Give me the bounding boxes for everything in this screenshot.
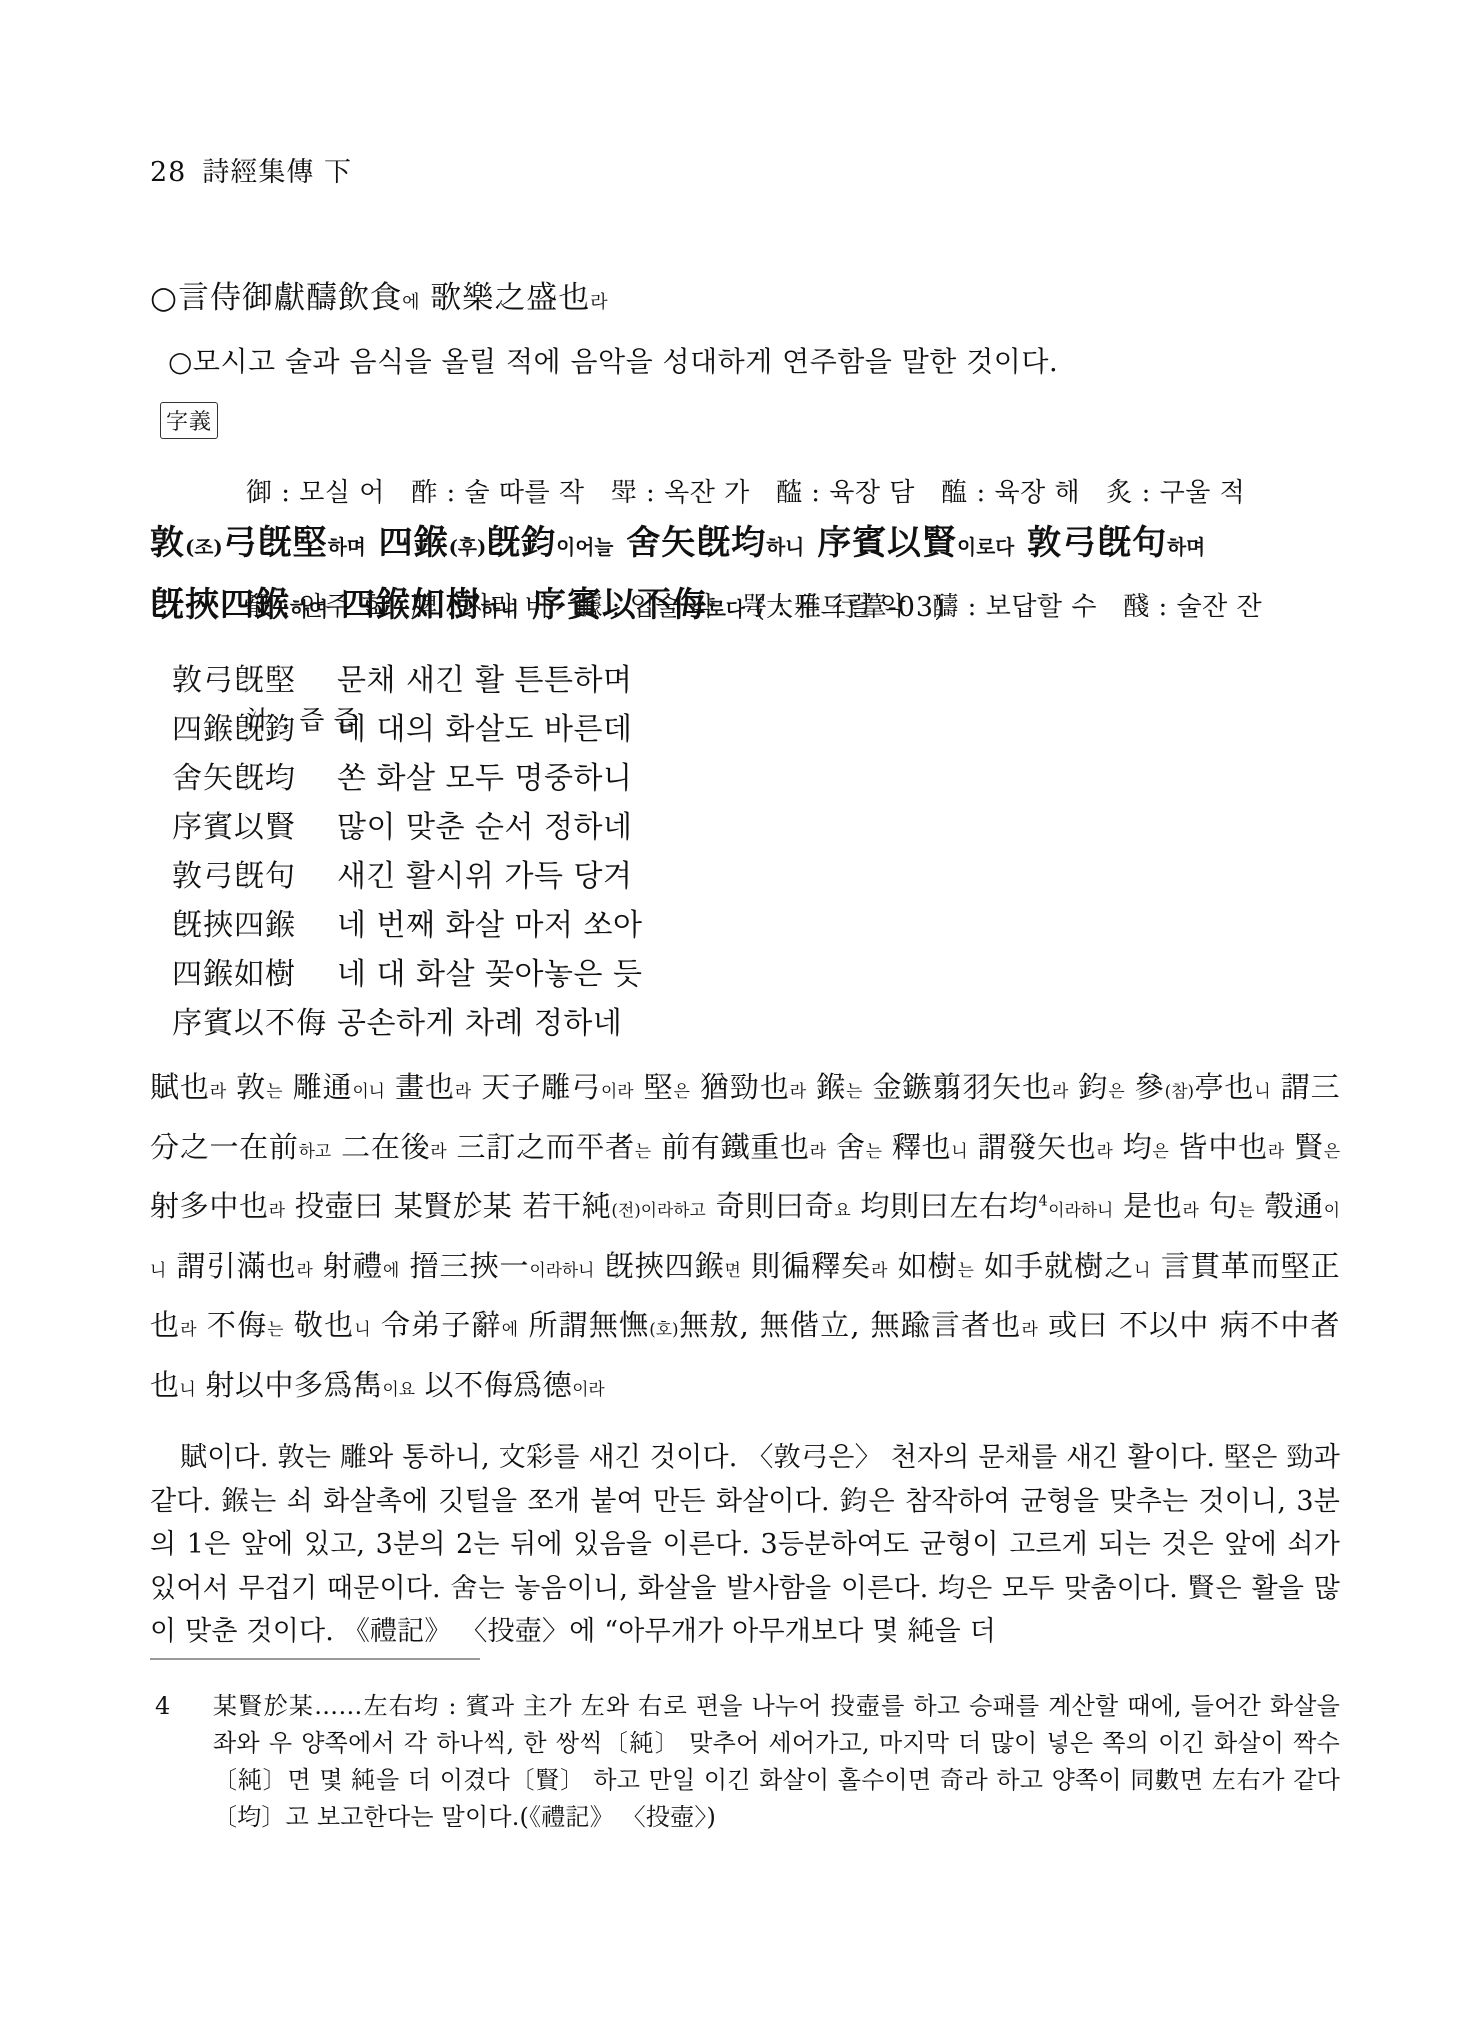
- page-number: 28: [150, 157, 186, 188]
- verse-hanja: 四鍭如樹: [172, 949, 337, 993]
- verse-block: 敦(조)弓旣堅하며 四鍭(후)旣鈞이어늘 舍矢旣均하니 序賓以賢이로다 敦弓旣句…: [150, 514, 1340, 638]
- verse-hanja: 旣挾四鍭: [172, 900, 337, 944]
- verse-row: 四鍭如樹 네 대 화살 꽂아놓은 듯: [172, 946, 1332, 995]
- verse-translation-table: 敦弓旣堅 문채 새긴 활 튼튼하며 四鍭旣鈞 네 대의 화살도 바른데 舍矢旣均…: [172, 652, 1332, 1044]
- korean-annotation-line: ○모시고 술과 음식을 올릴 적에 음악을 성대하게 연주함을 말한 것이다.: [168, 340, 1340, 380]
- verse-korean: 많이 맞춘 순서 정하네: [337, 802, 1332, 846]
- verse-hanja: 序賓以賢: [172, 802, 337, 846]
- verse-hanmun-line-1: 敦(조)弓旣堅하며 四鍭(후)旣鈞이어늘 舍矢旣均하니 序賓以賢이로다 敦弓旣句…: [150, 514, 1340, 576]
- page-header: 28詩經集傳 下: [150, 150, 1340, 189]
- verse-row: 旣挾四鍭 네 번째 화살 마저 쏘아: [172, 897, 1332, 946]
- verse-korean: 공손하게 차례 정하네: [337, 998, 1332, 1042]
- hanmun-annotation-line: ○言侍御獻醻飲食에 歌樂之盛也라: [150, 272, 1340, 317]
- korean-translation-paragraph: 賦이다. 敦는 雕와 통하니, 文彩를 새긴 것이다. 〈敦弓은〉 천자의 문채…: [150, 1436, 1340, 1654]
- verse-hanja: 序賓以不侮: [172, 998, 337, 1042]
- verse-row: 舍矢旣均 쏜 화살 모두 명중하니: [172, 750, 1332, 799]
- verse-hanja: 敦弓旣句: [172, 851, 337, 895]
- verse-korean: 네 대 화살 꽂아놓은 듯: [337, 949, 1332, 993]
- verse-hanmun-line-2: 旣挾四鍭하여 四鍭如樹하니 序賓以不侮로다 (大雅 行葦-03): [150, 576, 1340, 638]
- verse-row: 序賓以不侮 공손하게 차례 정하네: [172, 995, 1332, 1044]
- footnote: 4 某賢於某……左右均 : 賓과 主가 左와 右로 편을 나누어 投壺를 하고 …: [155, 1688, 1340, 1836]
- verse-row: 敦弓旣句 새긴 활시위 가득 당겨: [172, 848, 1332, 897]
- book-title: 詩經集傳 下: [202, 157, 352, 188]
- verse-korean: 네 번째 화살 마저 쏘아: [337, 900, 1332, 944]
- verse-korean: 새긴 활시위 가득 당겨: [337, 851, 1332, 895]
- hanmun-commentary-paragraph: 賦也라 敦는 雕通이니 畫也라 天子雕弓이라 堅은 猶勁也라 鍭는 金鏃翦羽矢也…: [150, 1060, 1340, 1417]
- verse-hanja: 舍矢旣均: [172, 753, 337, 797]
- footnote-number: 4: [155, 1688, 213, 1836]
- jaui-row: 御 : 모실 어 酢 : 술 따를 작 斝 : 옥잔 가 醓 : 육장 담 醢 …: [246, 474, 1262, 512]
- jaui-label: 字義: [160, 402, 218, 439]
- verse-row: 敦弓旣堅 문채 새긴 활 튼튼하며: [172, 652, 1332, 701]
- verse-hanja: 敦弓旣堅: [172, 655, 337, 699]
- verse-hanja: 四鍭旣鈞: [172, 704, 337, 748]
- verse-row: 四鍭旣鈞 네 대의 화살도 바른데: [172, 701, 1332, 750]
- verse-row: 序賓以賢 많이 맞춘 순서 정하네: [172, 799, 1332, 848]
- verse-korean: 네 대의 화살도 바른데: [337, 704, 1332, 748]
- footnote-divider: [150, 1658, 480, 1660]
- verse-korean: 문채 새긴 활 튼튼하며: [337, 655, 1332, 699]
- footnote-text: 某賢於某……左右均 : 賓과 主가 左와 右로 편을 나누어 投壺를 하고 승패…: [213, 1688, 1340, 1836]
- book-page: 28詩經集傳 下 ○言侍御獻醻飲食에 歌樂之盛也라 ○모시고 술과 음식을 올릴…: [0, 0, 1481, 2024]
- verse-korean: 쏜 화살 모두 명중하니: [337, 753, 1332, 797]
